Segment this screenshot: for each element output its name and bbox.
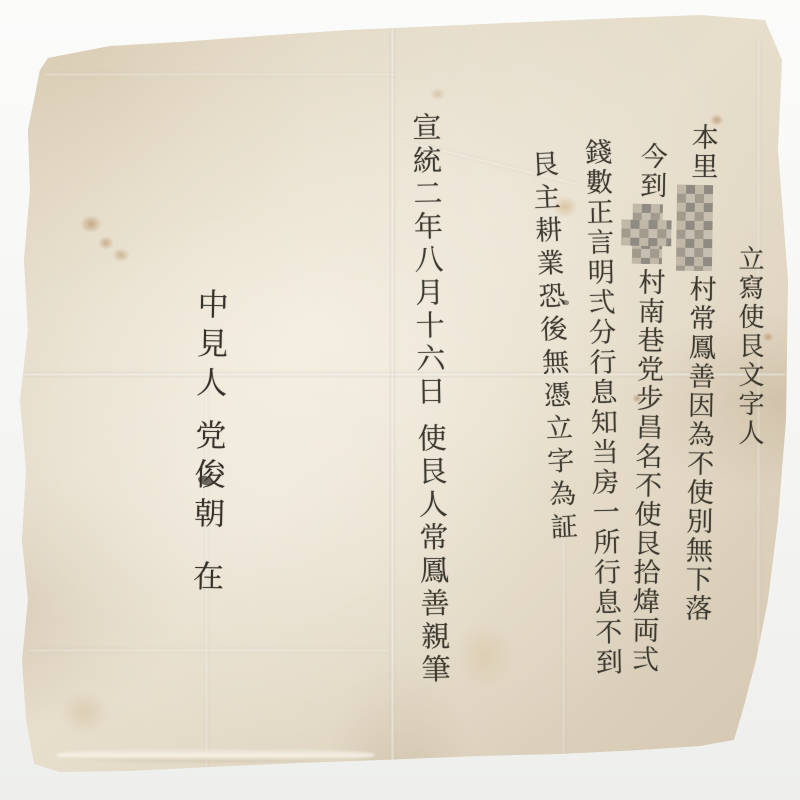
text-column-opening: 立寫使艮文字人 xyxy=(736,245,762,448)
stain xyxy=(455,620,515,690)
origin-text-after: 村常鳳善因為不使別無下落 xyxy=(680,275,716,623)
photo-of-document: 立寫使艮文字人 本里村常鳳善因為不使別無下落 今到村南巷党步昌名不使艮拾煒両弍 … xyxy=(0,0,800,800)
loan-text-after: 村南巷党步昌名不使艮拾煒両弍 xyxy=(627,268,665,674)
stain xyxy=(430,88,446,100)
loan-text-before: 今到 xyxy=(635,142,667,201)
torn-bottom-edge xyxy=(55,748,375,762)
text-column-terms: 錢數正言明弍分行息知当房一所行息不到 xyxy=(582,138,620,678)
pledge-text: 艮主耕業恐後無憑立字為証 xyxy=(526,149,578,546)
text-column-origin: 本里村常鳳善因為不使別無下落 xyxy=(677,123,720,623)
text-column-date-signature: 宣統二年八月十六日使艮人常鳳善親筆 xyxy=(410,112,449,687)
date-text: 宣統二年八月十六日 xyxy=(408,112,447,410)
text-column-loan: 今到村南巷党步昌名不使艮拾煒両弍 xyxy=(627,142,666,674)
paper-sheet: 立寫使艮文字人 本里村常鳳善因為不使別無下落 今到村南巷党步昌名不使艮拾煒両弍 … xyxy=(0,0,800,800)
witness-name-text: 党俊朝 xyxy=(188,419,226,537)
censor-mosaic xyxy=(632,204,663,265)
vertical-fold-right xyxy=(561,540,566,760)
signer-text: 使艮人常鳳善親筆 xyxy=(413,423,452,688)
stain xyxy=(98,236,114,250)
horizontal-fold-top xyxy=(45,72,395,77)
text-column-witness: 中見人党俊朝在 xyxy=(189,288,225,599)
text-column-pledge: 艮主耕業恐後無憑立字為証 xyxy=(528,149,576,546)
witness-role-text: 中見人 xyxy=(190,288,228,406)
origin-text-before: 本里 xyxy=(686,123,718,181)
horizontal-fold-lower xyxy=(28,648,388,653)
witness-suffix-text: 在 xyxy=(187,560,224,600)
opening-text: 立寫使艮文字人 xyxy=(734,245,764,448)
horizontal-fold-center xyxy=(25,372,785,377)
stain xyxy=(80,215,102,233)
vertical-fold-center xyxy=(390,28,395,763)
stain xyxy=(112,248,130,262)
censor-mosaic xyxy=(676,185,713,271)
terms-text: 錢數正言明弍分行息知当房一所行息不到 xyxy=(580,138,622,679)
stain xyxy=(60,690,110,736)
